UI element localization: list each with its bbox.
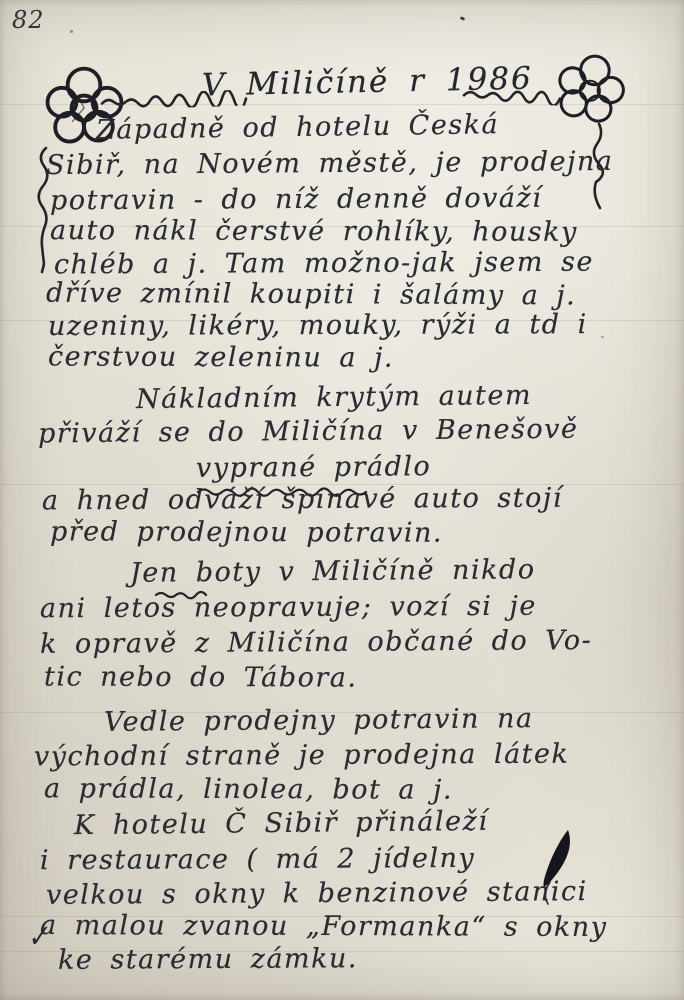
- handwritten-line: východní straně je prodejna látek: [34, 739, 569, 773]
- handwritten-line: a malou zvanou „Formanka“ s okny: [40, 910, 608, 943]
- handwritten-line: přiváží se do Miličína v Benešově: [38, 414, 579, 450]
- chronicle-page: 82 V Miličíně r 1986: [0, 0, 684, 1000]
- handwritten-line: Nákladním krytým autem: [136, 380, 532, 415]
- handwritten-line: dříve zmínil koupiti i šalámy a j.: [46, 278, 576, 312]
- ink-speck: [460, 16, 466, 21]
- handwritten-line: uzeniny, likéry, mouky, rýži a td i: [48, 309, 588, 342]
- handwritten-line: Sibiř, na Novém městě, je prodejna: [46, 146, 614, 181]
- handwritten-line: tic nebo do Tábora.: [44, 661, 358, 693]
- handwritten-line: a hned odváží špinavé auto stojí: [42, 483, 563, 517]
- handwritten-line: před prodejnou potravin.: [50, 516, 443, 548]
- ink-blot: [534, 828, 580, 906]
- handwritten-line: auto nákl čerstvé rohlíky, housky: [50, 215, 578, 248]
- ink-speck: [70, 30, 73, 33]
- handwritten-line: Vedle prodejny potravin na: [104, 703, 534, 738]
- page-number: 82: [12, 6, 45, 34]
- handwritten-line: potravin - do níž denně dováží: [50, 183, 542, 217]
- handwritten-line: k opravě z Miličína občané do Vo-: [40, 625, 592, 660]
- squiggle-right-icon: [462, 86, 567, 106]
- handwritten-line: ani letos neopravuje; vozí si je: [40, 591, 537, 625]
- handwritten-line: i restaurace ( má 2 jídelny: [40, 843, 475, 876]
- handwritten-line: Západně od hotelu Česká: [96, 109, 500, 146]
- handwritten-line: čerstvou zeleninu a j.: [48, 341, 394, 373]
- handwritten-line: Jen boty v Miličíně nikdo: [130, 554, 536, 589]
- handwritten-line: ke starému zámku.: [58, 943, 358, 976]
- handwritten-line: vyprané prádlo: [196, 451, 431, 484]
- handwritten-line: a prádla, linolea, bot a j.: [44, 773, 453, 805]
- handwritten-line: chléb a j. Tam možno-jak jsem se: [54, 247, 594, 281]
- handwritten-line: velkou s okny k benzinové stanici: [46, 876, 588, 911]
- handwritten-line: K hotelu Č Sibiř přináleží: [74, 806, 489, 841]
- ink-speck: [601, 336, 604, 338]
